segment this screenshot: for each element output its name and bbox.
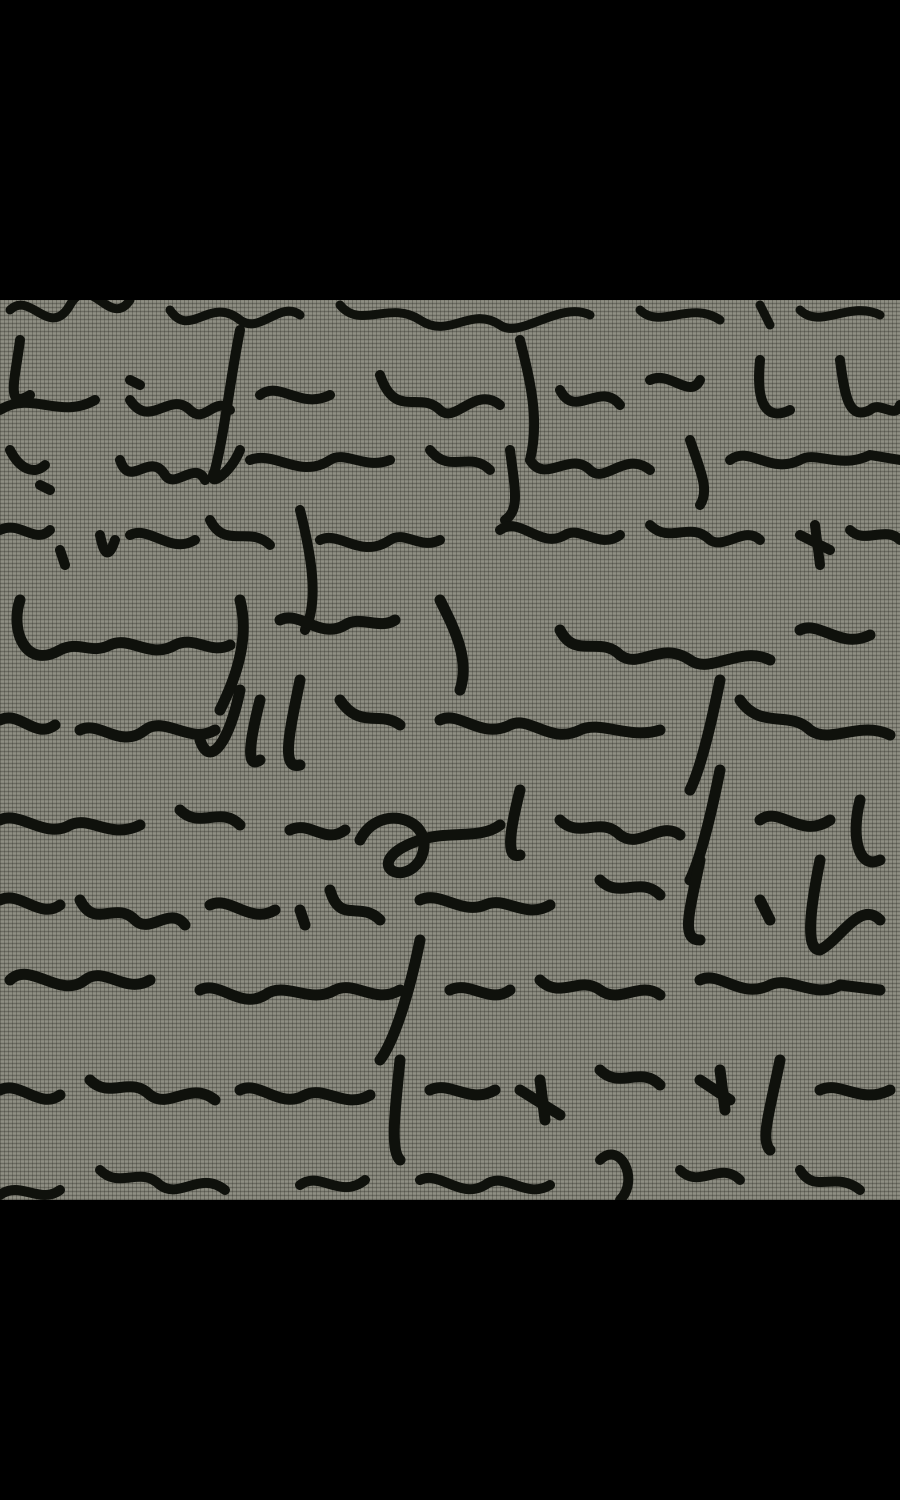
letterbox-top (0, 0, 900, 300)
cursive-script-pattern (0, 300, 900, 1200)
handwriting-fabric-image: Cursive handwritten script printed in bl… (0, 300, 900, 1200)
letterbox-bottom (0, 1200, 900, 1500)
